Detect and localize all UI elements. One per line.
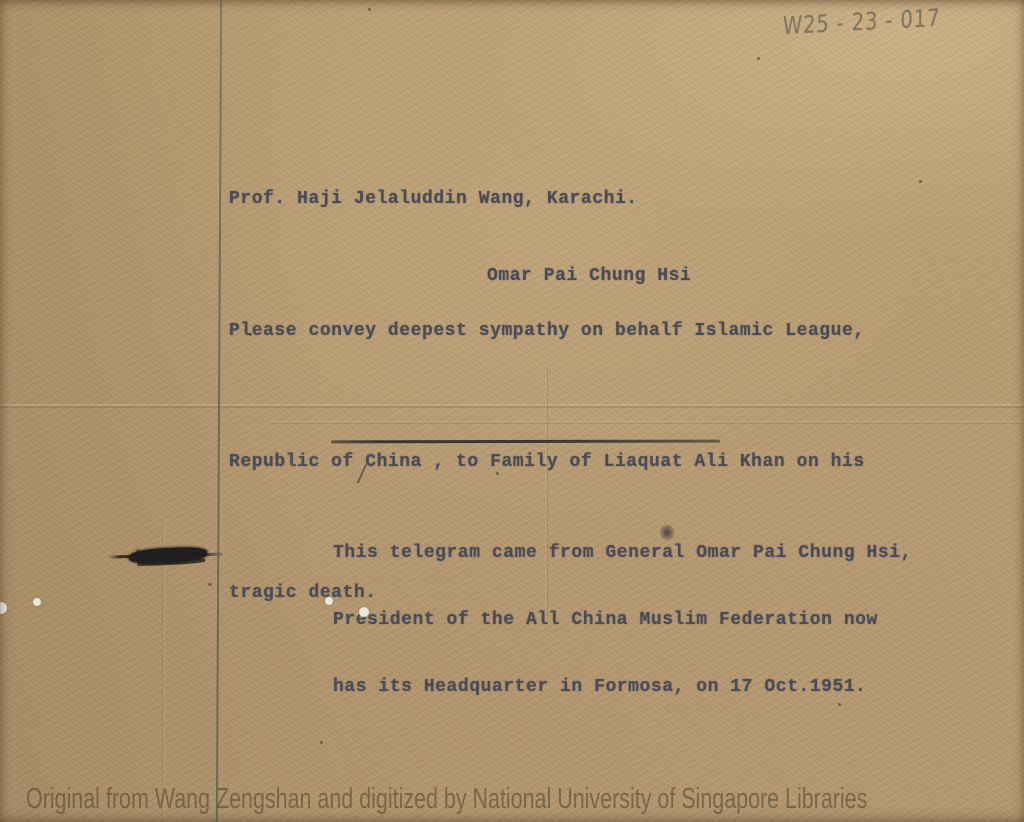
telegram-body-line: Please convey deepest sympathy on behalf… (229, 310, 865, 354)
watermark-text: Original from Wang Zengshan and digitize… (26, 783, 867, 816)
paper-fleck (919, 180, 922, 183)
ink-smudge-overstrike (660, 525, 674, 540)
paper-fleck (496, 472, 499, 475)
archivist-note-line: This telegram came from General Omar Pai… (333, 542, 912, 564)
archivist-note-line: President of the All China Muslim Federa… (333, 609, 912, 631)
ledger-rule-line (216, 0, 222, 822)
paper-fleck (249, 333, 252, 336)
strikeout-mark: has (108, 543, 229, 570)
paper-fleck (838, 703, 841, 706)
paper-speck (33, 598, 41, 606)
paper-fleck (208, 583, 212, 586)
paper-speck (325, 597, 333, 605)
paper-fleck (368, 8, 371, 11)
paper-speck (0, 602, 7, 614)
reference-number-handwritten: W25 - 23 - 017 (782, 4, 940, 40)
telegram-recipient-line: Prof. Haji Jelaluddin Wang, Karachi. (229, 178, 865, 222)
paper-speck (359, 607, 369, 617)
archivist-note-line: has its Headquarter in Formosa, on 17 Oc… (333, 676, 912, 698)
paper-fleck (320, 741, 323, 744)
scanned-telegram-document: W25 - 23 - 017 Prof. Haji Jelaluddin Wan… (0, 0, 1024, 822)
telegram-body-line: Republic of China , to Family of Liaquat… (229, 441, 865, 485)
telegram-signature: Omar Pai Chung Hsi (487, 255, 691, 299)
archivist-note-block: This telegram came from General Omar Pai… (333, 497, 912, 743)
paper-fleck (757, 57, 760, 60)
